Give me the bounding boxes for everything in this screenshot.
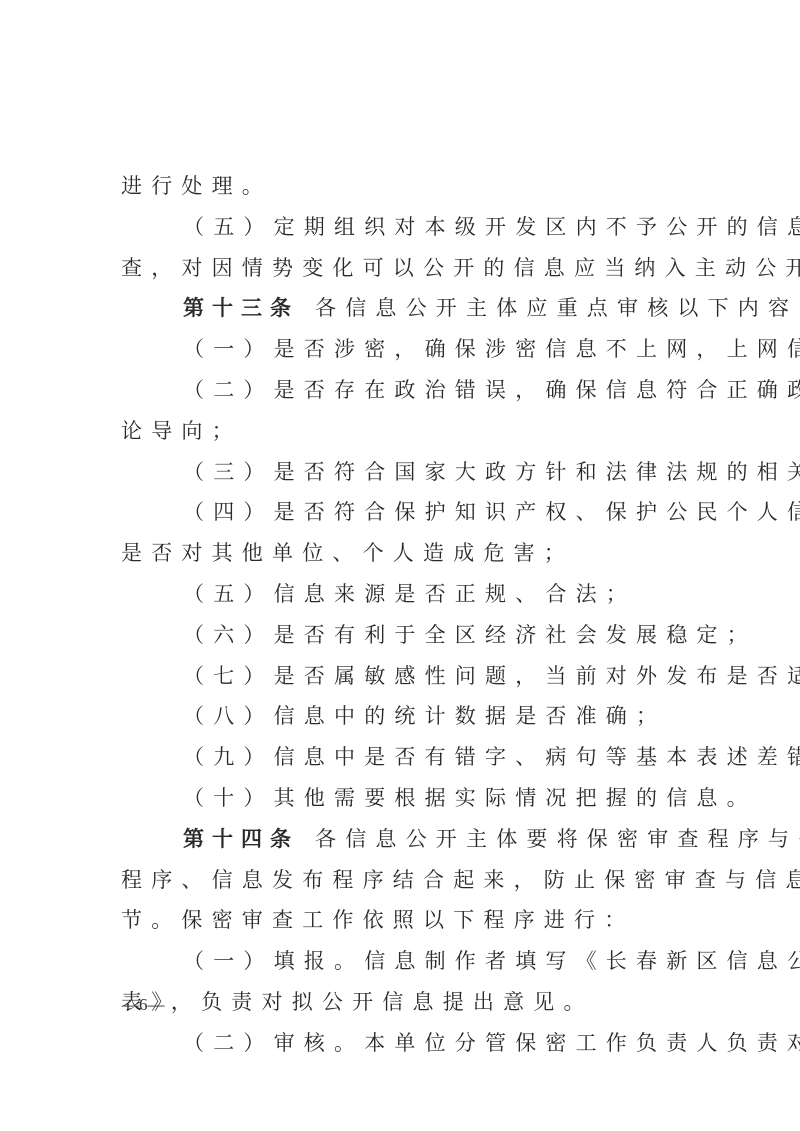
document-body: 进行处理。 （五）定期组织对本级开发区内不予公开的信息进行评估审 查，对因情势变… [121, 166, 683, 1064]
article-13-line: 第十三条各信息公开主体应重点审核以下内容： [121, 288, 683, 329]
text-line: 是否对其他单位、个人造成危害； [121, 533, 683, 574]
text-line: 进行处理。 [121, 166, 683, 207]
article-heading: 第十三条 [183, 296, 299, 320]
text-line: 程序、信息发布程序结合起来，防止保密审查与信息公开工作脱 [121, 860, 683, 901]
text-line: 节。保密审查工作依照以下程序进行： [121, 900, 683, 941]
text-line: （二）审核。本单位分管保密工作负责人负责对拟公开提出 [121, 1023, 683, 1064]
text-line: （七）是否属敏感性问题，当前对外发布是否适宜； [121, 656, 683, 697]
text-line: （四）是否符合保护知识产权、保护公民个人信息有关规定， [121, 492, 683, 533]
text-line: （一）填报。信息制作者填写《长春新区信息公开保密审查 [121, 941, 683, 982]
text-line: （五）定期组织对本级开发区内不予公开的信息进行评估审 [121, 207, 683, 248]
text-line: 表》，负责对拟公开信息提出意见。 [121, 982, 683, 1023]
text-line: 论导向； [121, 411, 683, 452]
document-page: 进行处理。 （五）定期组织对本级开发区内不予公开的信息进行评估审 查，对因情势变… [0, 0, 800, 1131]
article-text: 各信息公开主体应重点审核以下内容： [315, 296, 800, 320]
text-line: （二）是否存在政治错误，确保信息符合正确政治方向和舆 [121, 370, 683, 411]
page-number: —6— [122, 995, 165, 1015]
article-text: 各信息公开主体要将保密审查程序与公文运转 [315, 827, 800, 851]
text-line: （五）信息来源是否正规、合法； [121, 574, 683, 615]
text-line: （八）信息中的统计数据是否准确； [121, 696, 683, 737]
text-line: （六）是否有利于全区经济社会发展稳定； [121, 615, 683, 656]
text-line: （十）其他需要根据实际情况把握的信息。 [121, 778, 683, 819]
text-line: 查，对因情势变化可以公开的信息应当纳入主动公开范围。 [121, 248, 683, 289]
text-line: （三）是否符合国家大政方针和法律法规的相关规定； [121, 452, 683, 493]
article-heading: 第十四条 [183, 827, 299, 851]
article-14-line: 第十四条各信息公开主体要将保密审查程序与公文运转 [121, 819, 683, 860]
text-line: （九）信息中是否有错字、病句等基本表述差错； [121, 737, 683, 778]
text-line: （一）是否涉密，确保涉密信息不上网，上网信息不涉密； [121, 329, 683, 370]
